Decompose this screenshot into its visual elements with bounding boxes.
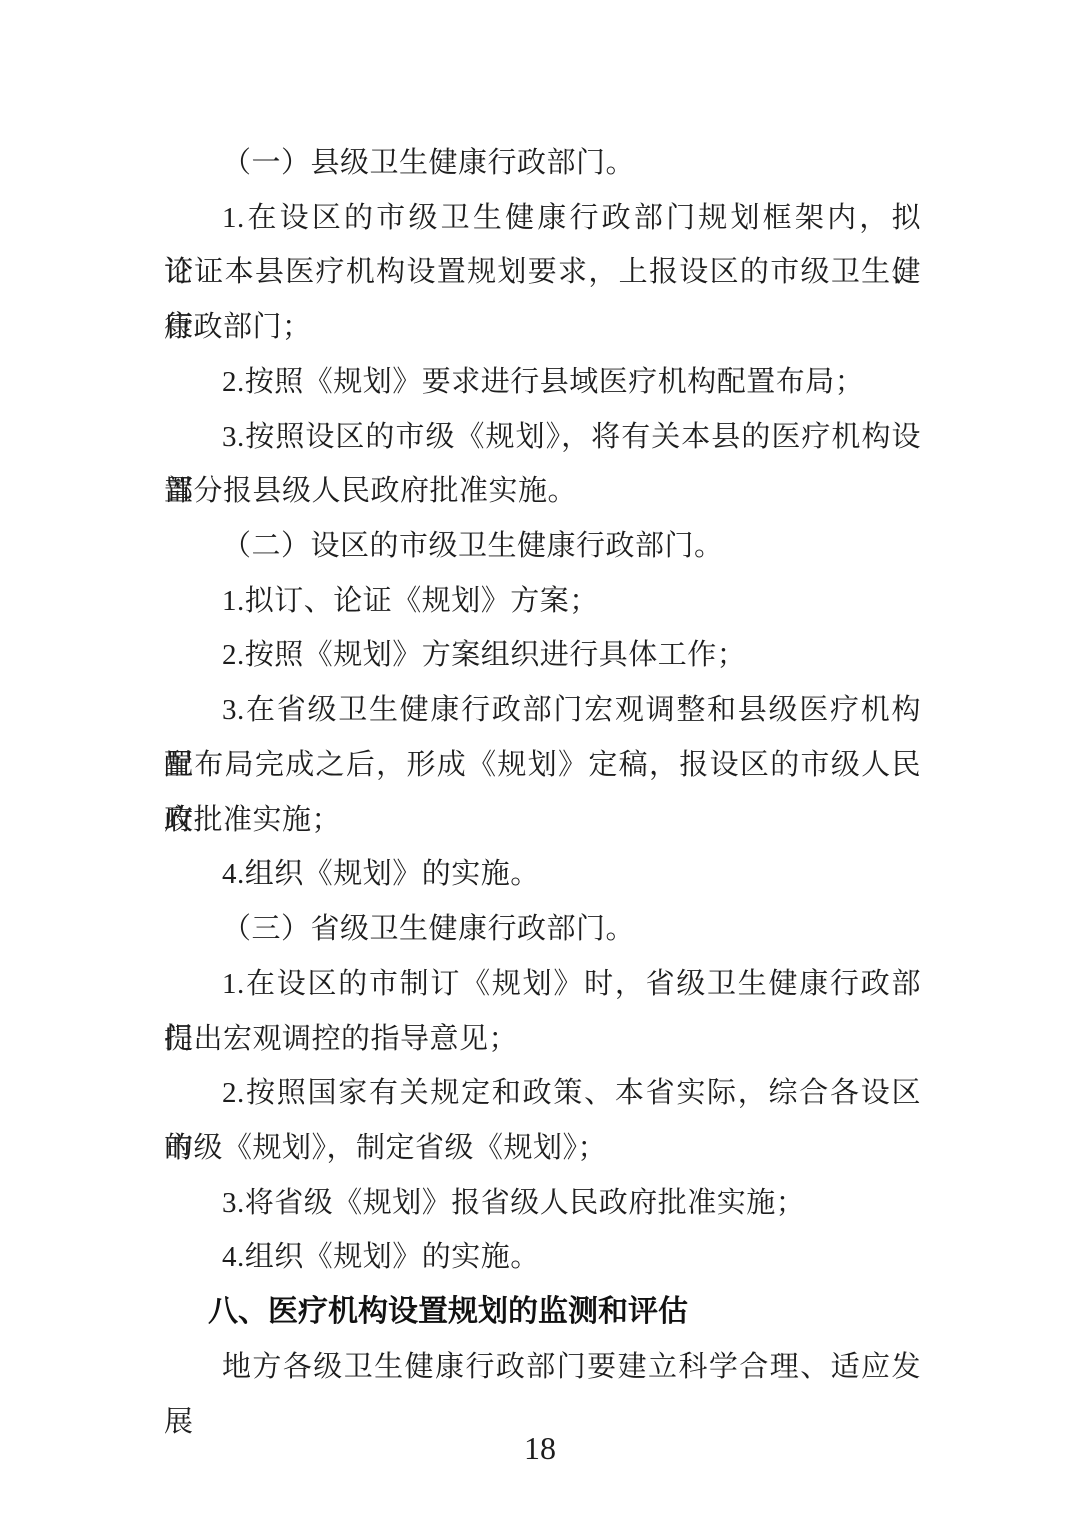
text-line: 4.组织《规划》的实施。: [164, 1230, 921, 1285]
text-line: 1.在设区的市级卫生健康行政部门规划框架内，拟订、: [164, 191, 921, 246]
document-page: （一）县级卫生健康行政部门。 1.在设区的市级卫生健康行政部门规划框架内，拟订、…: [0, 0, 1080, 1526]
text-line: 2.按照《规划》方案组织进行具体工作；: [164, 628, 921, 683]
text-line: 置布局完成之后，形成《规划》定稿，报设区的市级人民政: [164, 738, 921, 793]
text-line: 府批准实施；: [164, 793, 921, 848]
text-line: 提出宏观调控的指导意见；: [164, 1012, 921, 1067]
text-line: （一）县级卫生健康行政部门。: [164, 136, 921, 191]
text-line: 3.在省级卫生健康行政部门宏观调整和县级医疗机构配: [164, 683, 921, 738]
page-number: 18: [0, 1420, 1080, 1476]
text-line: 地方各级卫生健康行政部门要建立科学合理、适应发展: [164, 1340, 921, 1395]
text-line: （三）省级卫生健康行政部门。: [164, 902, 921, 957]
text-line: 论证本县医疗机构设置规划要求，上报设区的市级卫生健康: [164, 245, 921, 300]
document-text-block: （一）县级卫生健康行政部门。 1.在设区的市级卫生健康行政部门规划框架内，拟订、…: [164, 136, 921, 1395]
text-line: 市级《规划》，制定省级《规划》；: [164, 1121, 921, 1176]
text-line: 2.按照国家有关规定和政策、本省实际，综合各设区的: [164, 1066, 921, 1121]
text-line: 3.按照设区的市级《规划》，将有关本县的医疗机构设置: [164, 410, 921, 465]
text-line: 行政部门；: [164, 300, 921, 355]
section-heading: 八、医疗机构设置规划的监测和评估: [164, 1285, 921, 1340]
text-line: （二）设区的市级卫生健康行政部门。: [164, 519, 921, 574]
text-line: 3.将省级《规划》报省级人民政府批准实施；: [164, 1176, 921, 1231]
text-line: 1.在设区的市制订《规划》时，省级卫生健康行政部门: [164, 957, 921, 1012]
text-line: 4.组织《规划》的实施。: [164, 847, 921, 902]
text-line: 1.拟订、论证《规划》方案；: [164, 574, 921, 629]
text-line: 2.按照《规划》要求进行县域医疗机构配置布局；: [164, 355, 921, 410]
text-line: 部分报县级人民政府批准实施。: [164, 464, 921, 519]
